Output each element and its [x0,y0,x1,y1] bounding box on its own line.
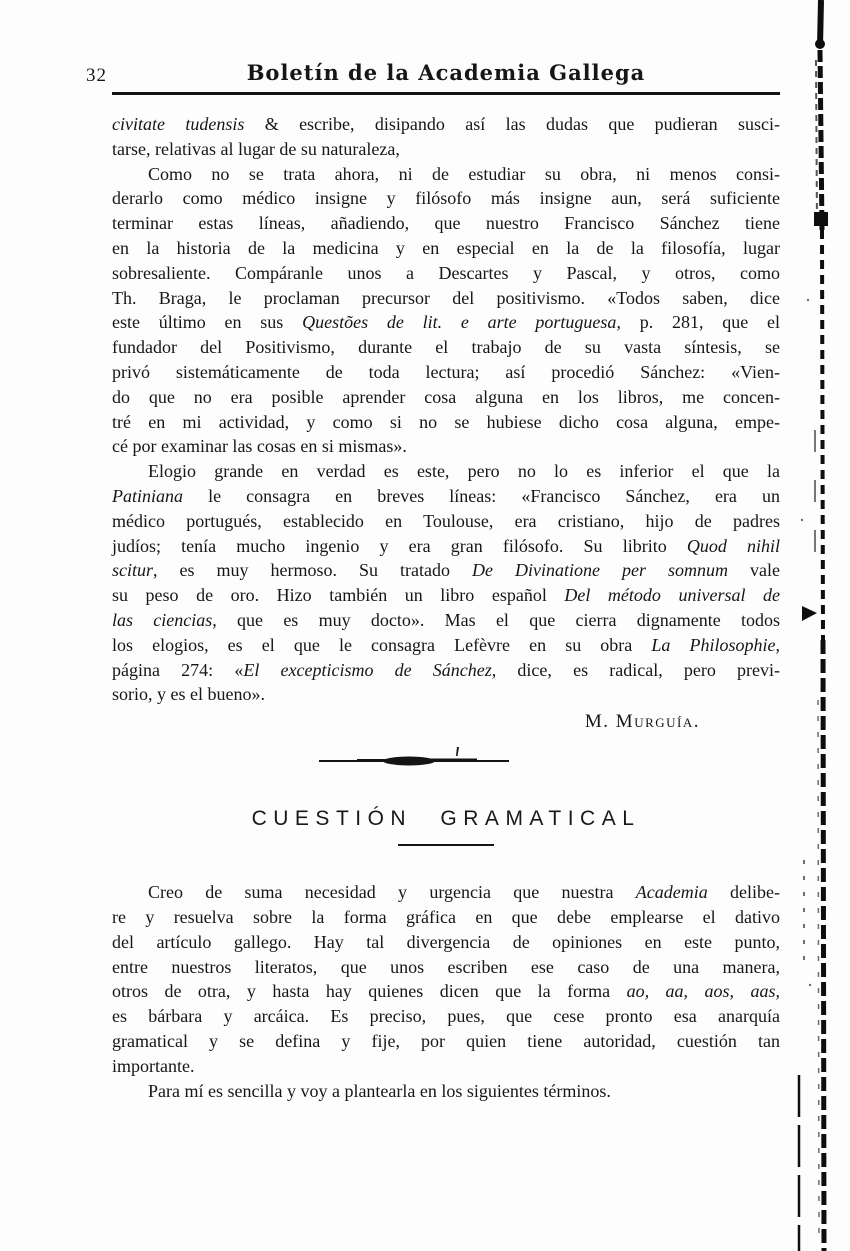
paragraph: Elogio grande en verdad es este, pero no… [112,459,780,707]
text-line: fundador del Positivismo, durante el tra… [112,335,780,360]
text-line: do que no era posible aprender cosa algu… [112,385,780,410]
text-line: tarse, relativas al lugar de su naturale… [112,137,780,162]
text-line: sorio, y es el bueno». [112,682,780,707]
paragraph: Como no se trata ahora, ni de estudiar s… [112,162,780,460]
paragraph: Creo de suma necesidad y urgencia que nu… [112,880,780,1078]
section-divider [317,743,517,769]
text-line: judíos; tenía mucho ingenio y era gran f… [112,534,780,559]
paragraph: civitate tudensis & escribe, disipando a… [112,112,780,162]
text-line: su peso de oro. Hizo también un libro es… [112,583,780,608]
text-line: derarlo como médico insigne y filósofo m… [112,186,780,211]
text-line: este último en sus Questões de lit. e ar… [112,310,780,335]
text-line: médico portugués, establecido en Toulous… [112,509,780,534]
text-line: del artículo gallego. Hay tal divergenci… [112,930,780,955]
text-line: civitate tudensis & escribe, disipando a… [112,112,780,137]
book-binding-edge-icon [794,0,850,1251]
text-line: es bárbara y arcáica. Es preciso, pues, … [112,1004,780,1029]
text-line: en la historia de la medicina y en espec… [112,236,780,261]
scanned-book-page: 32 Boletín de la Academia Gallega civita… [0,0,850,1251]
text-line: Th. Braga, le proclaman precursor del po… [112,286,780,311]
author-signature: M. Murguía. [112,711,780,733]
text-line: Como no se trata ahora, ni de estudiar s… [112,162,780,187]
text-line: tré en mi actividad, y como si no se hub… [112,410,780,435]
page-header: 32 Boletín de la Academia Gallega [112,58,780,90]
header-rule [112,92,780,95]
text-line: sobresaliente. Compáranle unos a Descart… [112,261,780,286]
text-line: las ciencias, que es muy docto». Mas el … [112,608,780,633]
text-line: scitur, es muy hermoso. Su tratado De Di… [112,558,780,583]
article-heading: CUESTIÓN GRAMATICAL [112,807,780,831]
text-line: entre nuestros literatos, que unos escri… [112,955,780,980]
page-number: 32 [86,65,107,87]
text-line: Creo de suma necesidad y urgencia que nu… [112,880,780,905]
heading-rule [398,844,494,846]
running-title: Boletín de la Academia Gallega [112,58,780,85]
text-line: Patiniana le consagra en breves líneas: … [112,484,780,509]
text-line: Para mí es sencilla y voy a plantearla e… [112,1079,780,1104]
text-line: privó sistemáticamente de toda lectura; … [112,360,780,385]
text-line: gramatical y se defina y fije, por quien… [112,1029,780,1054]
text-line: terminar estas líneas, añadiendo, que nu… [112,211,780,236]
article-new-body: Creo de suma necesidad y urgencia que nu… [112,880,780,1103]
text-line: re y resuelva sobre la forma gráfica en … [112,905,780,930]
tailpiece-ornament-icon [317,743,517,769]
text-line: cé por examinar las cosas en si mismas». [112,434,780,459]
text-line: los elogios, es el que le consagra Lefèv… [112,633,780,658]
text-line: otros de otra, y hasta hay quienes dicen… [112,979,780,1004]
text-line: Elogio grande en verdad es este, pero no… [112,459,780,484]
text-line: página 274: «El excepticismo de Sánchez,… [112,658,780,683]
article-end-body: civitate tudensis & escribe, disipando a… [112,112,780,707]
page-content: 32 Boletín de la Academia Gallega civita… [112,58,780,1103]
paragraph: Para mí es sencilla y voy a plantearla e… [112,1079,780,1104]
text-line: importante. [112,1054,780,1079]
